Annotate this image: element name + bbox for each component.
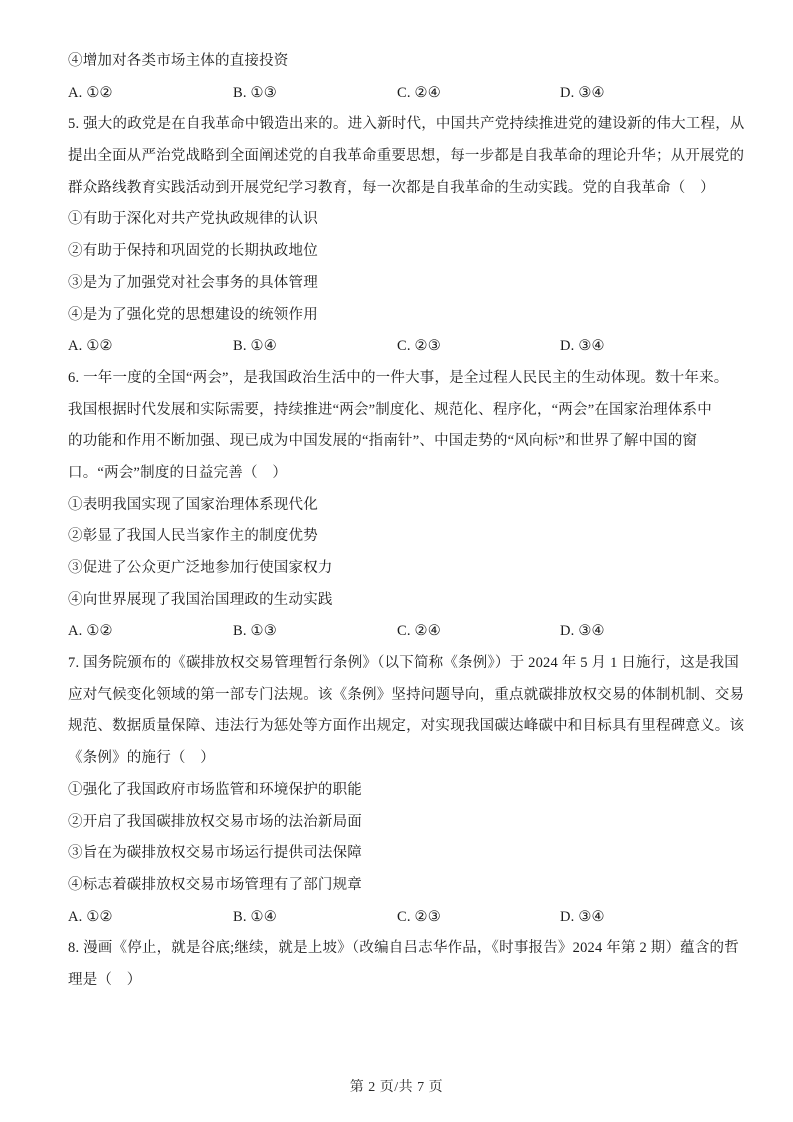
q5-answer-a: A. ①②: [68, 331, 233, 363]
q7-stem-line-2: 应对气候变化领域的第一部专门法规。该《条例》坚持问题导向，重点就碳排放权交易的体…: [68, 680, 740, 712]
q5-stem-line-1: 5. 强大的政党是在自我革命中锻造出来的。进入新时代，中国共产党持续推进党的建设…: [68, 109, 740, 141]
q7-answer-d: D. ③④: [560, 902, 740, 934]
q7-answer-row: A. ①② B. ①④ C. ②③ D. ③④: [68, 902, 740, 934]
q7-option-4: ④标志着碳排放权交易市场管理有了部门规章: [68, 870, 740, 902]
q5-option-2: ②有助于保持和巩固党的长期执政地位: [68, 236, 740, 268]
q6-stem-line-1: 6. 一年一度的全国“两会”，是我国政治生活中的一件大事，是全过程人民民主的生动…: [68, 363, 740, 395]
q4-option-4: ④增加对各类市场主体的直接投资: [68, 46, 740, 78]
q4-answer-b: B. ①③: [233, 78, 397, 110]
q6-answer-b: B. ①③: [233, 616, 397, 648]
q5-stem-line-3: 群众路线教育实践活动到开展党纪学习教育，每一次都是自我革命的生动实践。党的自我革…: [68, 173, 740, 205]
q5-option-1: ①有助于深化对共产党执政规律的认识: [68, 204, 740, 236]
q6-answer-c: C. ②④: [397, 616, 560, 648]
q7-answer-c: C. ②③: [397, 902, 560, 934]
q8-stem-line-1: 8. 漫画《停止，就是谷底;继续，就是上坡》（改编自吕志华作品，《时事报告》20…: [68, 933, 740, 965]
q5-answer-d: D. ③④: [560, 331, 740, 363]
q7-option-2: ②开启了我国碳排放权交易市场的法治新局面: [68, 807, 740, 839]
q8-stem-line-2: 理是（ ）: [68, 965, 740, 997]
q6-option-2: ②彰显了我国人民当家作主的制度优势: [68, 521, 740, 553]
q5-answer-b: B. ①④: [233, 331, 397, 363]
q6-option-4: ④向世界展现了我国治国理政的生动实践: [68, 585, 740, 617]
q7-stem-line-1: 7. 国务院颁布的《碳排放权交易管理暂行条例》（以下简称《条例》）于 2024 …: [68, 648, 740, 680]
q5-answer-row: A. ①② B. ①④ C. ②③ D. ③④: [68, 331, 740, 363]
q6-answer-d: D. ③④: [560, 616, 740, 648]
q5-answer-c: C. ②③: [397, 331, 560, 363]
q7-stem-line-3: 规范、数据质量保障、违法行为惩处等方面作出规定，对实现我国碳达峰碳中和目标具有里…: [68, 711, 740, 743]
q4-answer-a: A. ①②: [68, 78, 233, 110]
q5-stem-line-2: 提出全面从严治党战略到全面阐述党的自我革命重要思想，每一步都是自我革命的理论升华…: [68, 141, 740, 173]
q6-stem-line-4: 口。“两会”制度的日益完善（ ）: [68, 458, 740, 490]
q7-answer-a: A. ①②: [68, 902, 233, 934]
q6-answer-row: A. ①② B. ①③ C. ②④ D. ③④: [68, 616, 740, 648]
q4-answer-row: A. ①② B. ①③ C. ②④ D. ③④: [68, 78, 740, 110]
q4-answer-d: D. ③④: [560, 78, 740, 110]
q7-option-3: ③旨在为碳排放权交易市场运行提供司法保障: [68, 838, 740, 870]
exam-paper-page: ④增加对各类市场主体的直接投资 A. ①② B. ①③ C. ②④ D. ③④ …: [0, 0, 793, 1122]
q5-option-4: ④是为了强化党的思想建设的统领作用: [68, 300, 740, 332]
q6-answer-a: A. ①②: [68, 616, 233, 648]
q5-option-3: ③是为了加强党对社会事务的具体管理: [68, 268, 740, 300]
q7-answer-b: B. ①④: [233, 902, 397, 934]
page-content: ④增加对各类市场主体的直接投资 A. ①② B. ①③ C. ②④ D. ③④ …: [68, 46, 740, 997]
q7-stem-line-4: 《条例》的施行（ ）: [68, 743, 740, 775]
q7-option-1: ①强化了我国政府市场监管和环境保护的职能: [68, 775, 740, 807]
q4-answer-c: C. ②④: [397, 78, 560, 110]
q6-option-1: ①表明我国实现了国家治理体系现代化: [68, 490, 740, 522]
q6-option-3: ③促进了公众更广泛地参加行使国家权力: [68, 553, 740, 585]
q6-stem-line-2: 我国根据时代发展和实际需要，持续推进“两会”制度化、规范化、程序化，“两会”在国…: [68, 395, 740, 427]
q6-stem-line-3: 的功能和作用不断加强、现已成为中国发展的“指南针”、中国走势的“风向标”和世界了…: [68, 426, 740, 458]
page-number-footer: 第 2 页/共 7 页: [0, 1077, 793, 1099]
